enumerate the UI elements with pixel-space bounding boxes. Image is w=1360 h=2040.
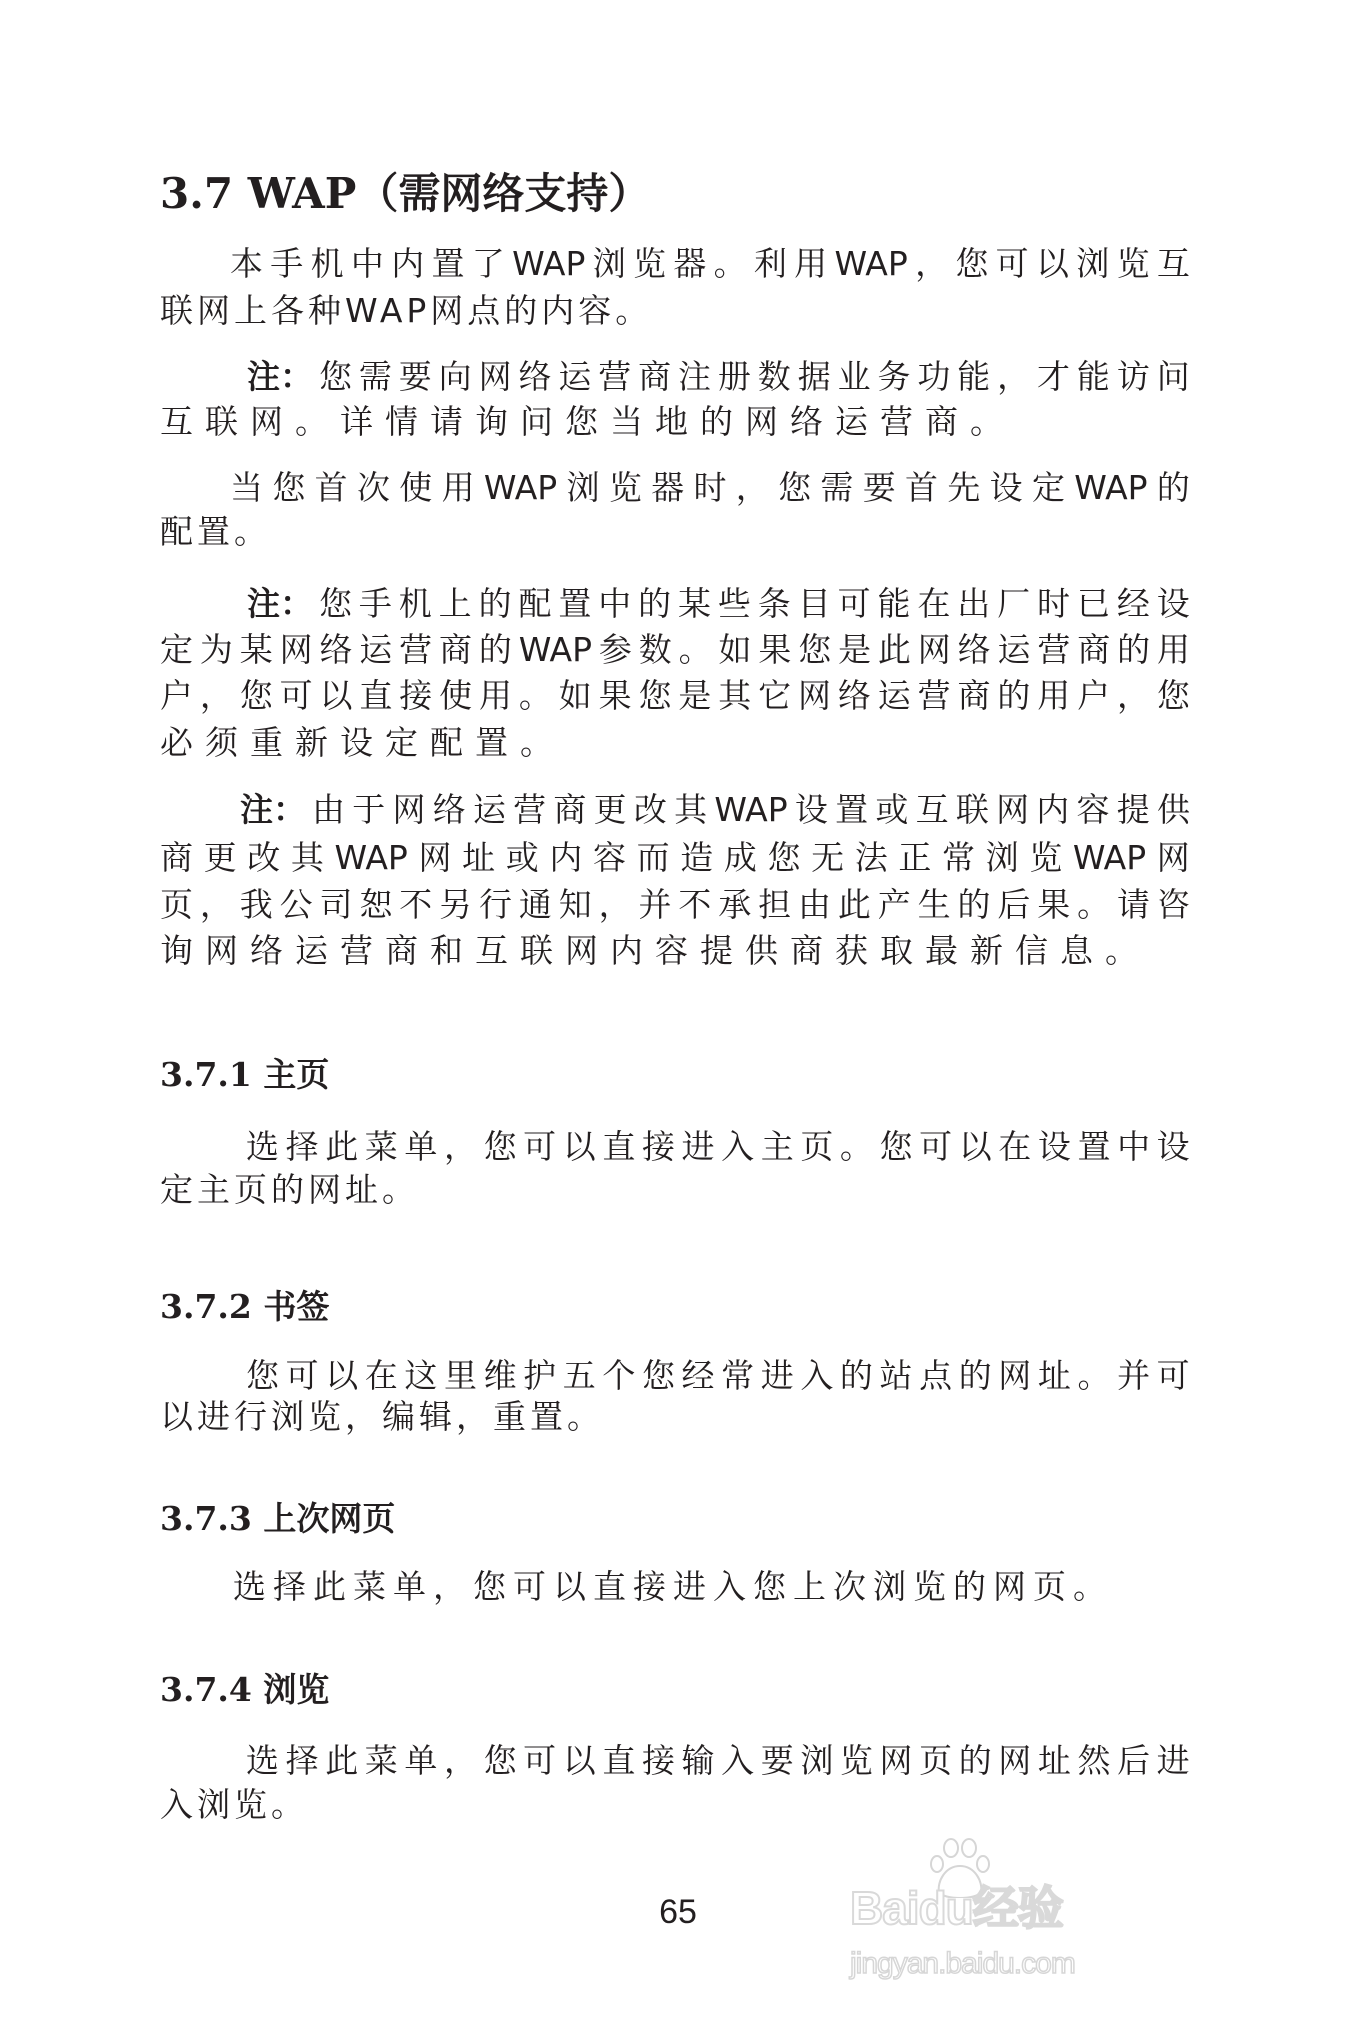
paragraph-line: 您可以在这里维护五个您经常进入的站点的网址。并可 [246, 1353, 1190, 1399]
paragraph-line: 本手机中内置了WAP浏览器。利用WAP，您可以浏览互 [230, 241, 1190, 287]
manual-page: 3.7 WAP（需网络支持） 本手机中内置了WAP浏览器。利用WAP，您可以浏览… [0, 0, 1360, 2040]
paw-icon [925, 1838, 995, 1898]
note-line: 注： 您手机上的配置中的某些条目可能在出厂时已经设 [247, 581, 1190, 627]
note-label: 注： [247, 581, 313, 627]
paragraph-line: 入浏览。 [160, 1782, 1190, 1828]
note-label: 注： [240, 787, 306, 833]
note-line: 注： 由于网络运营商更改其WAP设置或互联网内容提供 [240, 787, 1190, 833]
section-title: 3.7 WAP（需网络支持） [160, 168, 650, 220]
paragraph-line: 选择此菜单，您可以直接进入主页。您可以在设置中设 [246, 1124, 1190, 1170]
note-line: 必须重新设定配置。 [160, 720, 1190, 766]
note-text: 由于网络运营商更改其WAP设置或互联网内容提供 [312, 787, 1190, 833]
note-line: 注： 您需要向网络运营商注册数据业务功能，才能访问 [247, 354, 1190, 400]
subsection-heading-homepage: 3.7.1 主页 [160, 1053, 329, 1097]
paragraph-line: 定主页的网址。 [160, 1167, 1190, 1213]
note-label: 注： [247, 354, 313, 400]
subsection-heading-browse: 3.7.4 浏览 [160, 1668, 329, 1712]
note-text: 您需要向网络运营商注册数据业务功能，才能访问 [319, 354, 1190, 400]
paragraph-line: 当您首次使用WAP浏览器时，您需要首先设定WAP的 [230, 465, 1190, 511]
page-number: 65 [640, 1890, 716, 1934]
paragraph-line: 以进行浏览，编辑，重置。 [160, 1394, 1190, 1440]
paragraph-line: 选择此菜单，您可以直接输入要浏览网页的网址然后进 [246, 1738, 1190, 1784]
paragraph-line: 配置。 [160, 509, 1190, 555]
watermark-brand: Baidu经验 [850, 1880, 1065, 1936]
note-text: 您手机上的配置中的某些条目可能在出厂时已经设 [319, 581, 1190, 627]
note-line: 页，我公司恕不另行通知，并不承担由此产生的后果。请咨 [160, 882, 1190, 928]
note-line: 询网络运营商和互联网内容提供商获取最新信息。 [160, 928, 1190, 974]
note-line: 商更改其WAP网址或内容而造成您无法正常浏览WAP网 [160, 835, 1190, 881]
note-line: 户，您可以直接使用。如果您是其它网络运营商的用户，您 [160, 673, 1190, 719]
subsection-heading-bookmarks: 3.7.2 书签 [160, 1285, 329, 1329]
note-line: 互联网。详情请询问您当地的网络运营商。 [160, 399, 1190, 445]
baidu-jingyan-watermark: Baidu经验 jingyan.baidu.com [850, 1838, 1065, 1988]
note-line: 定为某网络运营商的WAP参数。如果您是此网络运营商的用 [160, 627, 1190, 673]
paragraph-line: 联网上各种WAP网点的内容。 [160, 288, 1190, 334]
subsection-heading-last-page: 3.7.3 上次网页 [160, 1497, 395, 1541]
watermark-url: jingyan.baidu.com [850, 1946, 1065, 1982]
paragraph-line: 选择此菜单，您可以直接进入您上次浏览的网页。 [233, 1564, 1190, 1610]
